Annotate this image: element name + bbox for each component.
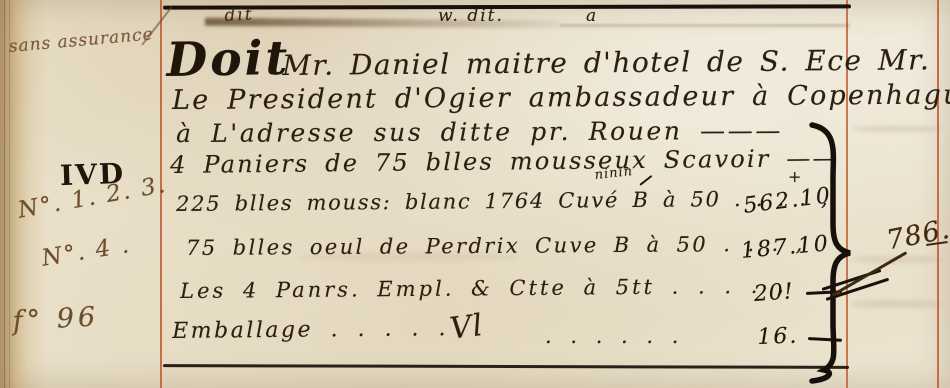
debit-line-rest: Mr. Daniel maitre d'hotel de S. Ece Mr.: [282, 43, 930, 82]
line-item-description: 225 blles mouss: blanc 1764 Cuvé B à 50 …: [176, 186, 829, 216]
lot-numbers-line2: N°. 4 .: [40, 232, 132, 272]
line-item-description: 75 blles oeul de Perdrix Cuve B à 50 . .…: [186, 232, 805, 260]
line-item-amount: 20!: [753, 279, 794, 307]
bleedthrough-stain: [850, 126, 942, 132]
line-item-description-dots: . . . . . .: [545, 324, 684, 348]
client-line: Le President d'Ogier ambassadeur à Copen…: [172, 79, 950, 116]
page-crease-line: [4, 0, 5, 388]
interline-note: ninin: [594, 164, 634, 183]
line-item-description: Les 4 Panrs. Empl. & Ctte à 5tt . . . . …: [180, 274, 787, 303]
manuscript-page: dit w. dit. a sans assurance IVD N°. 1. …: [0, 0, 950, 388]
blotted-word: dit: [224, 4, 254, 25]
top-right-note: a: [586, 6, 596, 26]
interline-caret-stroke: [639, 175, 652, 186]
amount-ruling-line-outer: [937, 0, 939, 388]
ink-smudge-faint: [560, 24, 850, 27]
shipment-line: 4 Paniers de 75 blles mousseux Scavoir —…: [170, 144, 839, 179]
folio-number: f° 96: [12, 301, 100, 336]
bleedthrough-stain: [850, 300, 942, 308]
address-line: à L'adresse sus ditte pr. Rouen ———: [176, 116, 783, 148]
paraph-flourish: Vl: [448, 308, 485, 347]
insurance-note: sans assurance: [8, 24, 154, 57]
debit-word: Doit: [166, 31, 291, 88]
bottom-rule: [163, 364, 849, 369]
page-crease-line: [9, 0, 10, 388]
line-item-amount: 16.: [757, 324, 799, 350]
ink-smudge: [205, 18, 560, 28]
line-item-margin-mark: +: [788, 167, 801, 186]
total-brace: [802, 122, 856, 384]
total-amount: 786.: [884, 214, 950, 257]
top-rule: [163, 4, 851, 9]
top-center-note: w. dit.: [438, 6, 504, 26]
line-item-description: Emballage . . . . .: [172, 316, 448, 344]
